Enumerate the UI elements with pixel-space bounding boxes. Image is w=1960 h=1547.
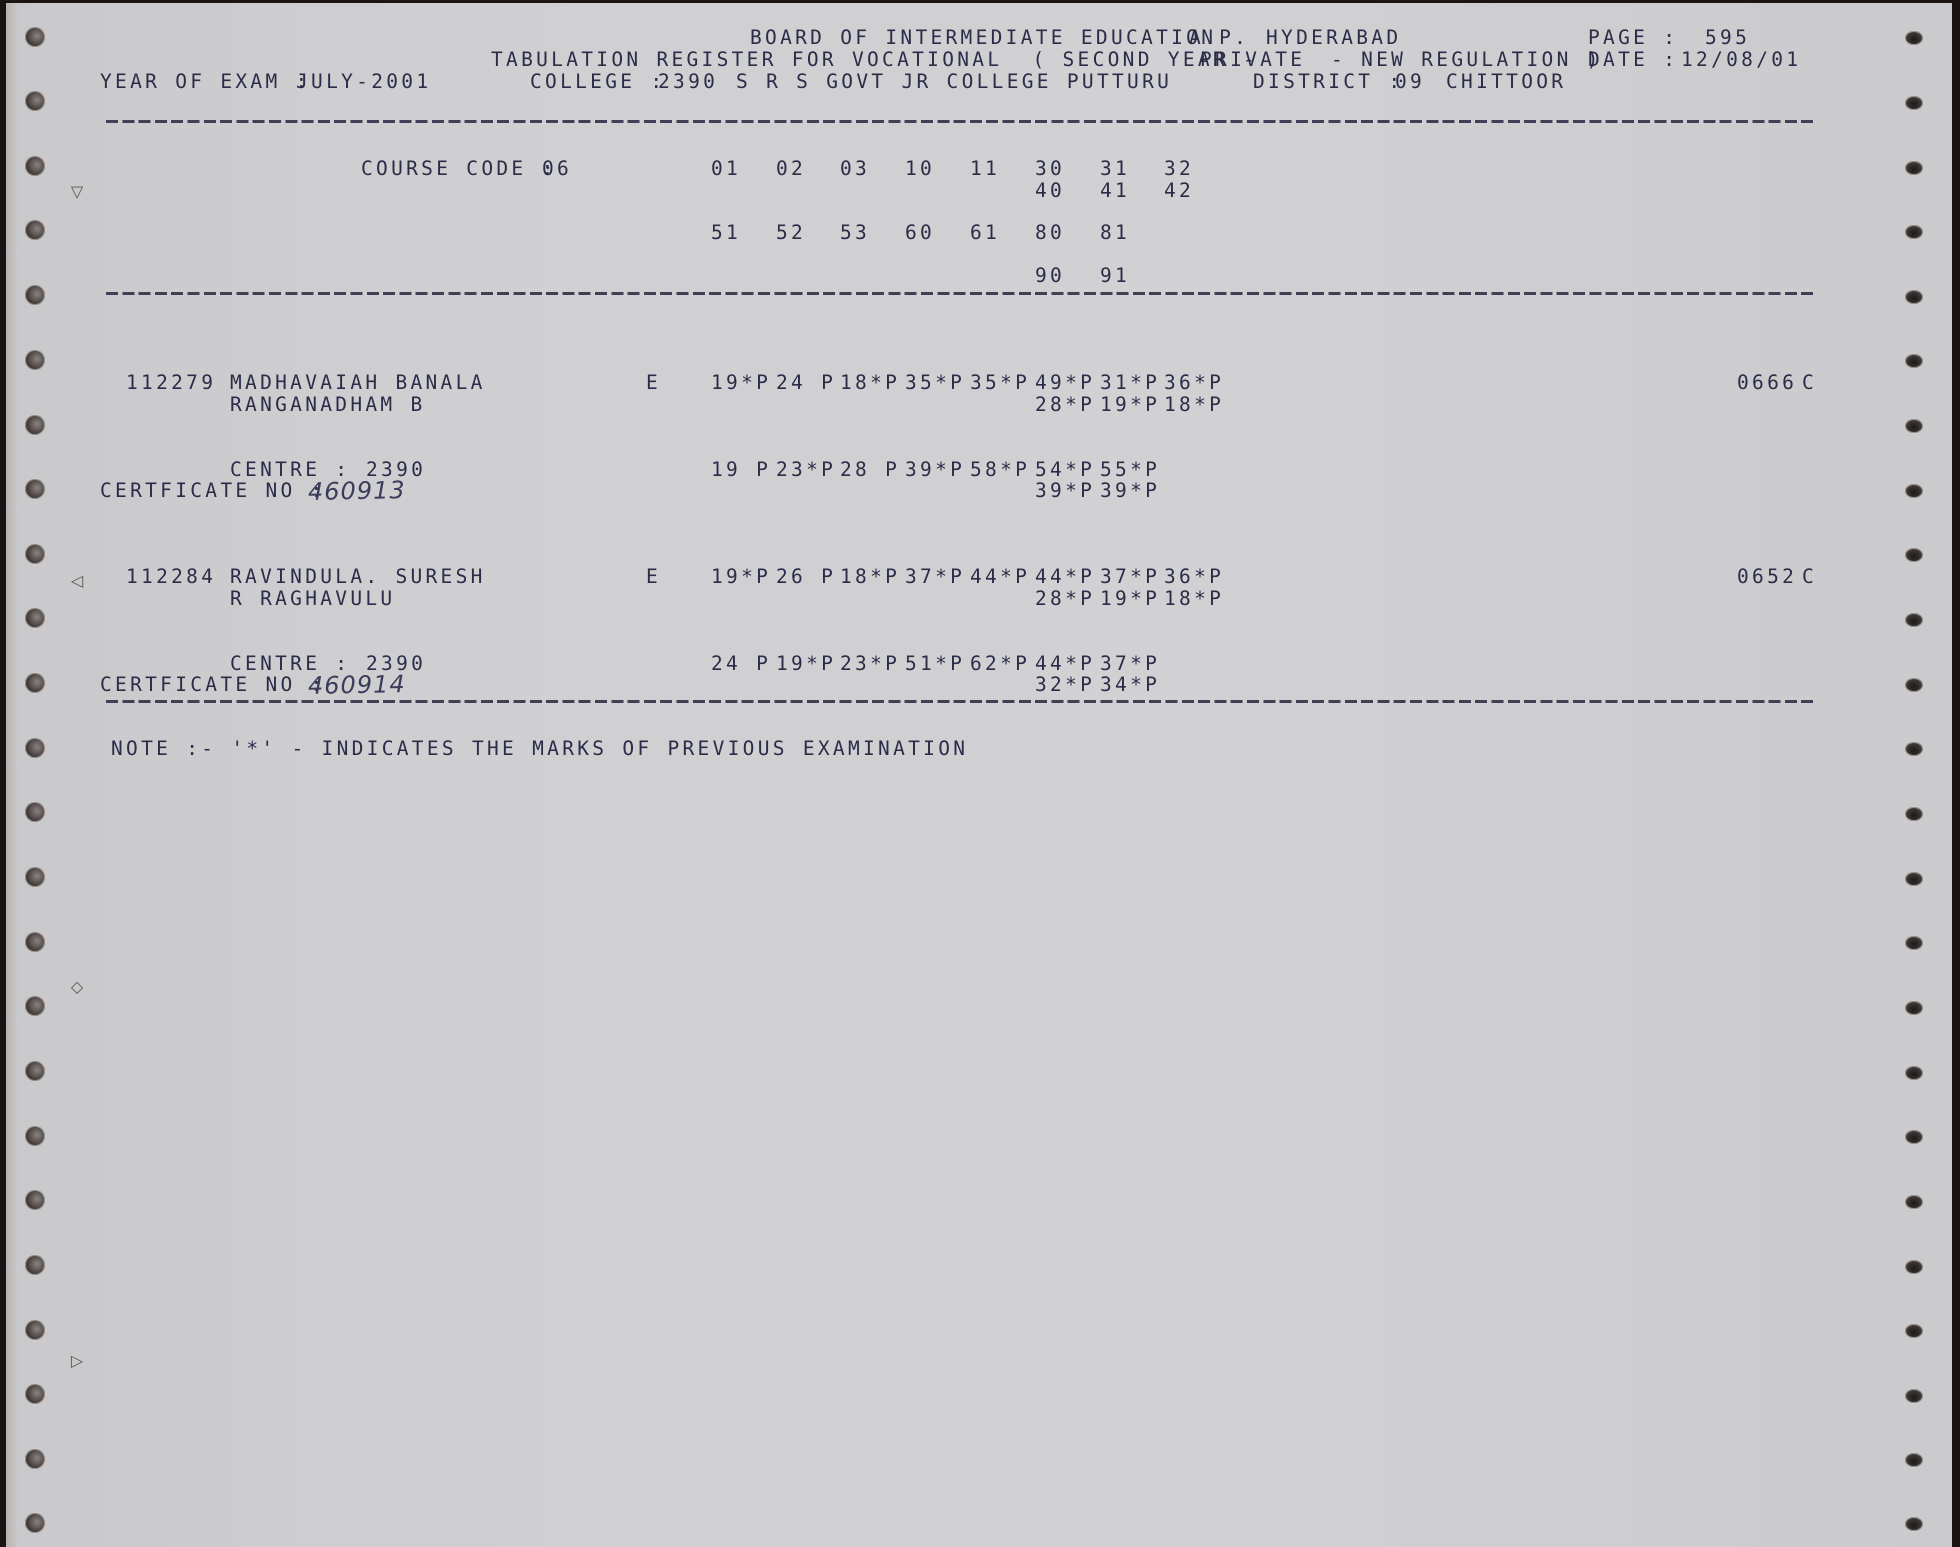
mark: 18*P (1164, 588, 1224, 610)
feed-hole-icon (25, 1126, 45, 1146)
mark: 51*P (905, 653, 965, 675)
board-state: A.P. (1189, 27, 1249, 49)
feed-hole-icon (1905, 1389, 1923, 1403)
subject-code: 10 (905, 158, 935, 180)
mark: 19*P (1100, 394, 1160, 416)
separator-line (106, 120, 1814, 123)
binding-tear-icon: ▽ (68, 184, 86, 200)
print-date: 12/08/01 (1681, 49, 1801, 71)
mark: 19 P (711, 459, 771, 481)
feed-hole-icon (25, 932, 45, 952)
footer-note: NOTE :- '*' - INDICATES THE MARKS OF PRE… (111, 738, 968, 760)
mark: 32*P (1035, 674, 1095, 696)
feed-hole-icon (1905, 1195, 1923, 1209)
subject-code: 40 (1035, 180, 1065, 202)
feed-hole-icon (25, 91, 45, 111)
subject-code: 51 (711, 222, 741, 244)
feed-hole-icon (25, 996, 45, 1016)
binding-tear-icon: ◁ (68, 573, 86, 589)
medium: E (646, 372, 661, 394)
subject-code: 90 (1035, 265, 1065, 287)
feed-hole-icon (25, 1513, 45, 1533)
certificate-label: CERTFICATE NO : (100, 674, 326, 696)
feed-hole-icon (1905, 419, 1923, 433)
feed-hole-icon (25, 544, 45, 564)
mark: 34*P (1100, 674, 1160, 696)
certificate-number-handwritten: 460913 (308, 476, 406, 506)
board-city: HYDERABAD (1266, 27, 1401, 49)
roll-number: 112279 (126, 372, 216, 394)
subject-code: 30 (1035, 158, 1065, 180)
feed-hole-icon (25, 27, 45, 47)
subject-code: 61 (970, 222, 1000, 244)
mark: 44*P (1035, 566, 1095, 588)
feed-hole-icon (25, 350, 45, 370)
register-title: TABULATION REGISTER FOR VOCATIONAL ( SEC… (491, 49, 1258, 71)
subject-code: 53 (840, 222, 870, 244)
subject-code: 42 (1164, 180, 1194, 202)
year-of-exam: JULY-2001 (296, 71, 431, 93)
mark: 37*P (1100, 653, 1160, 675)
feed-hole-icon (25, 608, 45, 628)
total-marks: 0652 (1737, 566, 1797, 588)
feed-hole-icon (1905, 742, 1923, 756)
feed-hole-icon (25, 1190, 45, 1210)
feed-hole-icon (1905, 225, 1923, 239)
mark: 23*P (840, 653, 900, 675)
feed-hole-icon (25, 415, 45, 435)
subject-code: 52 (776, 222, 806, 244)
feed-hole-icon (25, 285, 45, 305)
regulation: - NEW REGULATION ) (1331, 49, 1602, 71)
feed-hole-icon (25, 1320, 45, 1340)
feed-hole-icon (1905, 936, 1923, 950)
binding-tear-icon: ▷ (68, 1353, 86, 1369)
mark: 44*P (1035, 653, 1095, 675)
feed-hole-icon (25, 1384, 45, 1404)
tabulation-register-sheet: ▽ ◁ ◇ ▷ BOARD OF INTERMEDIATE EDUCATION … (6, 3, 1952, 1547)
result-grade: C (1802, 372, 1817, 394)
year-of-exam-label: YEAR OF EXAM : (100, 71, 311, 93)
mark: 36*P (1164, 372, 1224, 394)
mark: 44*P (970, 566, 1030, 588)
district-name: CHITTOOR (1446, 71, 1566, 93)
district-code: 09 (1395, 71, 1425, 93)
feed-hole-icon (1905, 354, 1923, 368)
mark: 35*P (905, 372, 965, 394)
feed-hole-icon (25, 220, 45, 240)
mark: 28*P (1035, 394, 1095, 416)
mark: 24 P (711, 653, 771, 675)
roll-number: 112284 (126, 566, 216, 588)
mark: 54*P (1035, 459, 1095, 481)
mark: 24 P (776, 372, 836, 394)
student-name: MADHAVAIAH BANALA (230, 372, 486, 394)
feed-hole-icon (1905, 807, 1923, 821)
mark: 18*P (1164, 394, 1224, 416)
feed-hole-icon (1905, 548, 1923, 562)
feed-hole-icon (1905, 1001, 1923, 1015)
feed-hole-icon (1905, 613, 1923, 627)
separator-line (106, 700, 1814, 703)
subject-code: 02 (776, 158, 806, 180)
feed-hole-icon (25, 1061, 45, 1081)
college-label: COLLEGE : (530, 71, 665, 93)
mark: 19*P (776, 653, 836, 675)
medium: E (646, 566, 661, 588)
mark: 37*P (905, 566, 965, 588)
mark: 58*P (970, 459, 1030, 481)
feed-hole-icon (25, 479, 45, 499)
feed-hole-icon (25, 802, 45, 822)
father-name: R RAGHAVULU (230, 588, 395, 610)
subject-code: 01 (711, 158, 741, 180)
feed-hole-icon (25, 1449, 45, 1469)
subject-code: 81 (1100, 222, 1130, 244)
mark: 26 P (776, 566, 836, 588)
mark: 62*P (970, 653, 1030, 675)
total-marks: 0666 (1737, 372, 1797, 394)
feed-hole-icon (1905, 1130, 1923, 1144)
feed-hole-icon (25, 673, 45, 693)
mark: 19*P (1100, 588, 1160, 610)
subject-code: 32 (1164, 158, 1194, 180)
exam-category: PRIVATE (1200, 49, 1305, 71)
board-name: BOARD OF INTERMEDIATE EDUCATION (750, 27, 1216, 49)
subject-code: 91 (1100, 265, 1130, 287)
feed-hole-icon (1905, 290, 1923, 304)
district-label: DISTRICT : (1253, 71, 1403, 93)
feed-hole-icon (25, 867, 45, 887)
feed-hole-icon (1905, 678, 1923, 692)
feed-hole-icon (1905, 1453, 1923, 1467)
feed-hole-icon (1905, 484, 1923, 498)
mark: 39*P (905, 459, 965, 481)
mark: 36*P (1164, 566, 1224, 588)
subject-code: 41 (1100, 180, 1130, 202)
binding-tear-icon: ◇ (68, 979, 86, 995)
feed-hole-icon (1905, 1517, 1923, 1531)
college-code: 2390 (658, 71, 718, 93)
mark: 28 P (840, 459, 900, 481)
result-grade: C (1802, 566, 1817, 588)
father-name: RANGANADHAM B (230, 394, 426, 416)
feed-hole-icon (1905, 1260, 1923, 1274)
subject-code: 60 (905, 222, 935, 244)
feed-hole-icon (1905, 872, 1923, 886)
page-label: PAGE : (1588, 27, 1678, 49)
mark: 37*P (1100, 566, 1160, 588)
subject-code: 80 (1035, 222, 1065, 244)
subject-code: 11 (970, 158, 1000, 180)
mark: 18*P (840, 372, 900, 394)
feed-hole-icon (25, 156, 45, 176)
mark: 19*P (711, 372, 771, 394)
mark: 49*P (1035, 372, 1095, 394)
mark: 39*P (1100, 480, 1160, 502)
separator-line (106, 292, 1814, 295)
course-code: 06 (542, 158, 572, 180)
feed-hole-icon (25, 1255, 45, 1275)
feed-hole-icon (25, 738, 45, 758)
certificate-number-handwritten: 460914 (308, 670, 406, 700)
date-label: DATE : (1588, 49, 1678, 71)
mark: 55*P (1100, 459, 1160, 481)
feed-hole-icon (1905, 31, 1923, 45)
feed-hole-icon (1905, 1066, 1923, 1080)
student-name: RAVINDULA. SURESH (230, 566, 486, 588)
mark: 31*P (1100, 372, 1160, 394)
subject-code: 31 (1100, 158, 1130, 180)
mark: 28*P (1035, 588, 1095, 610)
mark: 18*P (840, 566, 900, 588)
mark: 19*P (711, 566, 771, 588)
page-number: 595 (1705, 27, 1750, 49)
subject-code: 03 (840, 158, 870, 180)
mark: 23*P (776, 459, 836, 481)
feed-hole-icon (1905, 96, 1923, 110)
mark: 35*P (970, 372, 1030, 394)
feed-hole-icon (1905, 1324, 1923, 1338)
mark: 39*P (1035, 480, 1095, 502)
college-name: S R S GOVT JR COLLEGE PUTTURU (736, 71, 1172, 93)
course-code-label: COURSE CODE : (361, 158, 557, 180)
certificate-label: CERTFICATE NO : (100, 480, 326, 502)
feed-hole-icon (1905, 161, 1923, 175)
